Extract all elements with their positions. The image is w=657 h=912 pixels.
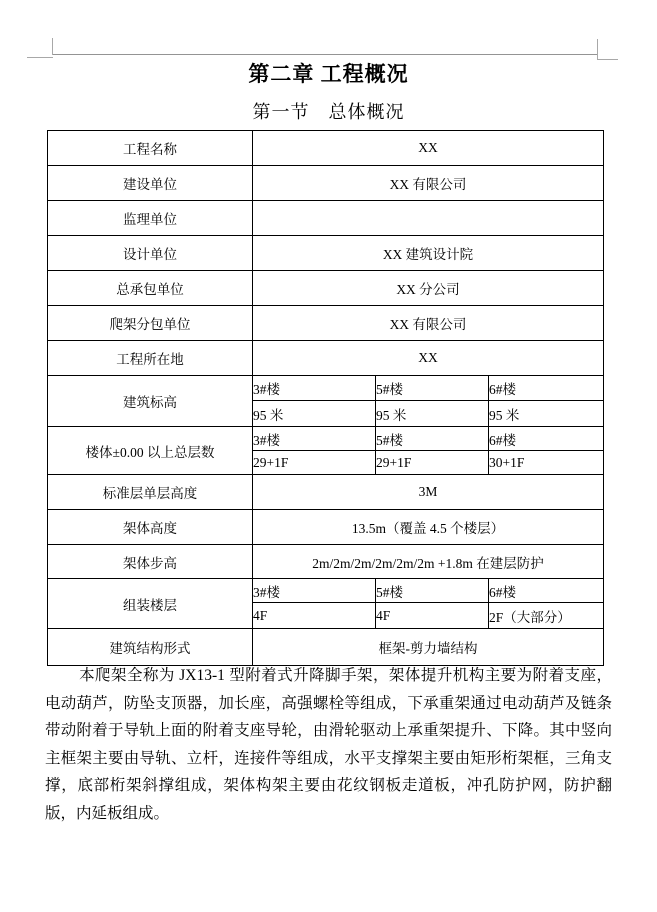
table-row-assembly-floor-headers: 组装楼层 3#楼 5#楼 6#楼 — [48, 579, 604, 603]
header-rule-line — [53, 54, 597, 55]
standard-floor-height-value: 3M — [253, 475, 604, 510]
assembly-floor-value-1: 4F — [253, 603, 376, 629]
table-row-building-elevation-headers: 建筑标高 3#楼 5#楼 6#楼 — [48, 376, 604, 401]
table-row-standard-floor-height: 标准层单层高度 3M — [48, 475, 604, 510]
table-row-frame-height: 架体高度 13.5m（覆盖 4.5 个楼层） — [48, 510, 604, 545]
project-location-value: XX — [253, 341, 604, 376]
assembly-floor-header-1: 3#楼 — [253, 579, 376, 603]
project-location-label: 工程所在地 — [48, 341, 253, 376]
general-contractor-value: XX 分公司 — [253, 271, 604, 306]
total-floors-label: 楼体±0.00 以上总层数 — [48, 427, 253, 475]
assembly-floor-header-2: 5#楼 — [376, 579, 489, 603]
total-floors-header-3: 6#楼 — [489, 427, 604, 451]
project-name-label: 工程名称 — [48, 131, 253, 166]
table-row-general-contractor: 总承包单位 XX 分公司 — [48, 271, 604, 306]
section-title: 第一节 总体概况 — [0, 98, 657, 124]
total-floors-value-2: 29+1F — [376, 451, 489, 475]
assembly-floor-value-3: 2F（大部分） — [489, 603, 604, 629]
supervision-unit-label: 监理单位 — [48, 201, 253, 236]
project-overview-table: 工程名称 XX 建设单位 XX 有限公司 监理单位 设计单位 XX 建筑设计院 … — [47, 130, 604, 666]
building-elevation-value-2: 95 米 — [376, 401, 489, 427]
building-elevation-label: 建筑标高 — [48, 376, 253, 427]
standard-floor-height-label: 标准层单层高度 — [48, 475, 253, 510]
total-floors-value-1: 29+1F — [253, 451, 376, 475]
construction-unit-label: 建设单位 — [48, 166, 253, 201]
frame-step-height-label: 架体步高 — [48, 545, 253, 579]
total-floors-header-1: 3#楼 — [253, 427, 376, 451]
general-contractor-label: 总承包单位 — [48, 271, 253, 306]
building-elevation-value-3: 95 米 — [489, 401, 604, 427]
structure-type-label: 建筑结构形式 — [48, 629, 253, 666]
table-row-design-unit: 设计单位 XX 建筑设计院 — [48, 236, 604, 271]
table-row-frame-subcontractor: 爬架分包单位 XX 有限公司 — [48, 306, 604, 341]
assembly-floor-label: 组装楼层 — [48, 579, 253, 629]
construction-unit-value: XX 有限公司 — [253, 166, 604, 201]
structure-type-value: 框架-剪力墙结构 — [253, 629, 604, 666]
frame-step-height-value: 2m/2m/2m/2m/2m/2m +1.8m 在建层防护 — [253, 545, 604, 579]
table-row-construction-unit: 建设单位 XX 有限公司 — [48, 166, 604, 201]
table-row-structure-type: 建筑结构形式 框架-剪力墙结构 — [48, 629, 604, 666]
design-unit-value: XX 建筑设计院 — [253, 236, 604, 271]
building-elevation-value-1: 95 米 — [253, 401, 376, 427]
table-row-frame-step-height: 架体步高 2m/2m/2m/2m/2m/2m +1.8m 在建层防护 — [48, 545, 604, 579]
total-floors-header-2: 5#楼 — [376, 427, 489, 451]
total-floors-value-3: 30+1F — [489, 451, 604, 475]
margin-crop-mark-right-vertical — [597, 39, 598, 59]
building-elevation-header-1: 3#楼 — [253, 376, 376, 401]
frame-height-value: 13.5m（覆盖 4.5 个楼层） — [253, 510, 604, 545]
chapter-title: 第二章 工程概况 — [0, 58, 657, 88]
supervision-unit-value — [253, 201, 604, 236]
assembly-floor-value-2: 4F — [376, 603, 489, 629]
table-row-project-location: 工程所在地 XX — [48, 341, 604, 376]
document-page: 第二章 工程概况 第一节 总体概况 工程名称 XX 建设单位 XX 有限公司 监… — [0, 0, 657, 912]
table-row-project-name: 工程名称 XX — [48, 131, 604, 166]
table-row-total-floors-headers: 楼体±0.00 以上总层数 3#楼 5#楼 6#楼 — [48, 427, 604, 451]
margin-crop-mark-left-vertical — [52, 38, 53, 55]
assembly-floor-header-3: 6#楼 — [489, 579, 604, 603]
intro-paragraph: 本爬架全称为 JX13-1 型附着式升降脚手架，架体提升机构主要为附着支座，电动… — [45, 662, 612, 827]
table-row-supervision-unit: 监理单位 — [48, 201, 604, 236]
building-elevation-header-2: 5#楼 — [376, 376, 489, 401]
building-elevation-header-3: 6#楼 — [489, 376, 604, 401]
project-name-value: XX — [253, 131, 604, 166]
frame-subcontractor-value: XX 有限公司 — [253, 306, 604, 341]
frame-subcontractor-label: 爬架分包单位 — [48, 306, 253, 341]
design-unit-label: 设计单位 — [48, 236, 253, 271]
frame-height-label: 架体高度 — [48, 510, 253, 545]
